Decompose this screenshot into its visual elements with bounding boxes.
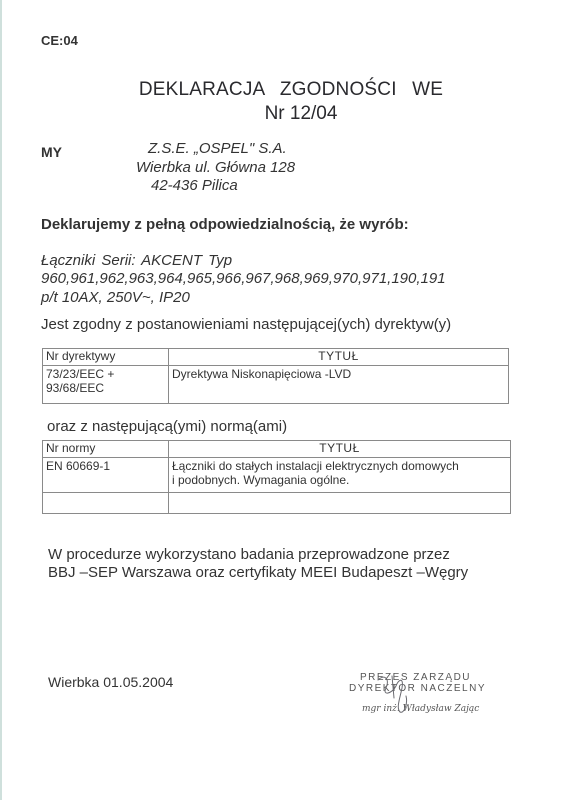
table-row: EN 60669-1 Łączniki do stałych instalacj…: [43, 458, 511, 493]
product-ratings: p/t 10AX, 250V~, IP20: [41, 289, 190, 306]
norms-table: Nr normy TYTUŁ EN 60669-1 Łączniki do st…: [42, 440, 511, 514]
header-directive-number: Nr dyrektywy: [43, 349, 169, 366]
document-number: Nr 12/04: [0, 103, 582, 125]
table-row-empty: [43, 493, 511, 514]
document-title: DEKLARACJA ZGODNOŚCI WE: [0, 79, 582, 101]
norm-title: [169, 493, 511, 514]
header-norm-number: Nr normy: [43, 441, 169, 458]
table-row: 73/23/EEC + 93/68/EEC Dyrektywa Niskonap…: [43, 366, 509, 404]
norm-title-line1: Łączniki do stałych instalacji elektrycz…: [172, 459, 507, 473]
issuer-address: Wierbka ul. Główna 128: [136, 159, 295, 176]
table-header-row: Nr dyrektywy TYTUŁ: [43, 349, 509, 366]
norm-title: Łączniki do stałych instalacji elektrycz…: [169, 458, 511, 493]
product-types: 960,961,962,963,964,965,966,967,968,969,…: [41, 270, 446, 287]
header-title: TYTUŁ: [169, 441, 511, 458]
norm-number: [43, 493, 169, 514]
issuer-label: MY: [41, 144, 62, 160]
directive-number-line1: 73/23/EEC +: [46, 367, 165, 381]
norm-number: EN 60669-1: [43, 458, 169, 493]
issuer-name: Z.S.E. „OSPEL" S.A.: [148, 140, 287, 157]
norm-title-line2: i podobnych. Wymagania ogólne.: [172, 473, 507, 487]
procedure-line2: BBJ –SEP Warszawa oraz certyfikaty MEEI …: [48, 564, 468, 581]
document-code: CE:04: [41, 33, 78, 48]
table-header-row: Nr normy TYTUŁ: [43, 441, 511, 458]
place-date: Wierbka 01.05.2004: [48, 674, 173, 690]
norms-intro: oraz z następującą(ymi) normą(ami): [47, 418, 287, 435]
handwritten-signature-icon: [370, 668, 440, 718]
procedure-line1: W procedurze wykorzystano badania przepr…: [48, 546, 450, 563]
product-series: Łączniki Serii: AKCENT Typ: [41, 252, 232, 269]
directives-table: Nr dyrektywy TYTUŁ 73/23/EEC + 93/68/EEC…: [42, 348, 509, 404]
issuer-city: 42-436 Pilica: [151, 177, 238, 194]
directive-title: Dyrektywa Niskonapięciowa -LVD: [169, 366, 509, 404]
conformity-intro: Jest zgodny z postanowieniami następując…: [41, 316, 451, 333]
header-title: TYTUŁ: [169, 349, 509, 366]
directive-number-line2: 93/68/EEC: [46, 381, 165, 395]
directive-number: 73/23/EEC + 93/68/EEC: [43, 366, 169, 404]
declaration-statement: Deklarujemy z pełną odpowiedzialnością, …: [41, 216, 409, 233]
